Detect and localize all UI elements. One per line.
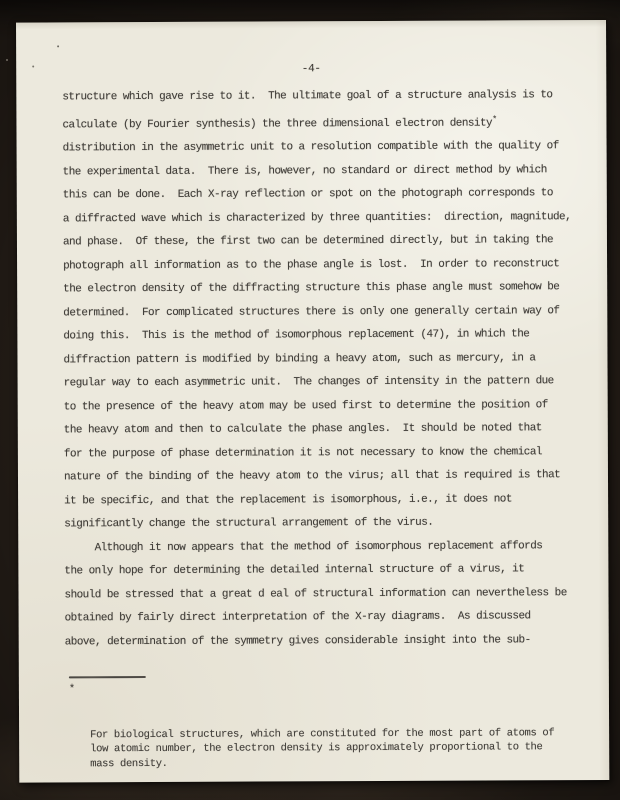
text-line: mass density. [90, 755, 579, 772]
body-text: structure which gave rise to it. The ult… [62, 84, 584, 654]
text-line: the experimental data. There is, however… [63, 159, 583, 185]
text-line: regular way to each asymmetric unit. The… [64, 370, 584, 396]
page-number: -4- [16, 62, 606, 77]
text-line: nature of the binding of the heavy atom … [64, 464, 584, 490]
text-line: determined. For complicated structures t… [63, 300, 583, 326]
text-line: it be specific, and that the replacement… [64, 488, 584, 514]
text-line: should be stressed that a great d eal of… [64, 582, 584, 608]
text-line: significantly change the structural arra… [64, 511, 584, 537]
text-line: photograph all information as to the pha… [63, 253, 583, 279]
text-line: obtained by fairly direct interpretation… [65, 605, 585, 631]
text-line: the electron density of the diffracting … [63, 276, 583, 302]
text-line: to the presence of the heavy atom may be… [64, 394, 584, 420]
document-page: -4- structure which gave rise to it. The… [16, 20, 609, 783]
text-line: this can be done. Each X-ray reflection … [63, 182, 583, 208]
text-line: a diffracted wave which is characterized… [63, 206, 583, 232]
text-line: calculate (by Fourier synthesis) the thr… [62, 108, 582, 138]
text-line: diffraction pattern is modified by bindi… [63, 347, 583, 373]
text-line: the heavy atom and then to calculate the… [64, 417, 584, 443]
footnote-separator [69, 676, 146, 678]
footnote-text: For biological structures, which are con… [90, 726, 579, 772]
footnote-asterisk: * [69, 682, 75, 697]
text-line: low atomic number, the electron density … [90, 740, 579, 757]
text-line: above, determination of the symmetry giv… [65, 629, 585, 655]
background-speck [6, 59, 8, 61]
text-line: and phase. Of these, the first two can b… [63, 229, 583, 255]
superscript-asterisk: * [492, 114, 497, 124]
text-line: doing this. This is the method of isomor… [63, 323, 583, 349]
footnote: * For biological structures, which are c… [69, 682, 580, 800]
paper-speck [57, 45, 59, 47]
text-line: structure which gave rise to it. The ult… [62, 84, 582, 110]
text-line: distribution in the asymmetric unit to a… [63, 135, 583, 161]
text-line: the only hope for determining the detail… [64, 558, 584, 584]
photo-background: -4- structure which gave rise to it. The… [0, 0, 620, 800]
text-line: Although it now appears that the method … [64, 535, 584, 561]
text-line: for the purpose of phase determination i… [64, 441, 584, 467]
